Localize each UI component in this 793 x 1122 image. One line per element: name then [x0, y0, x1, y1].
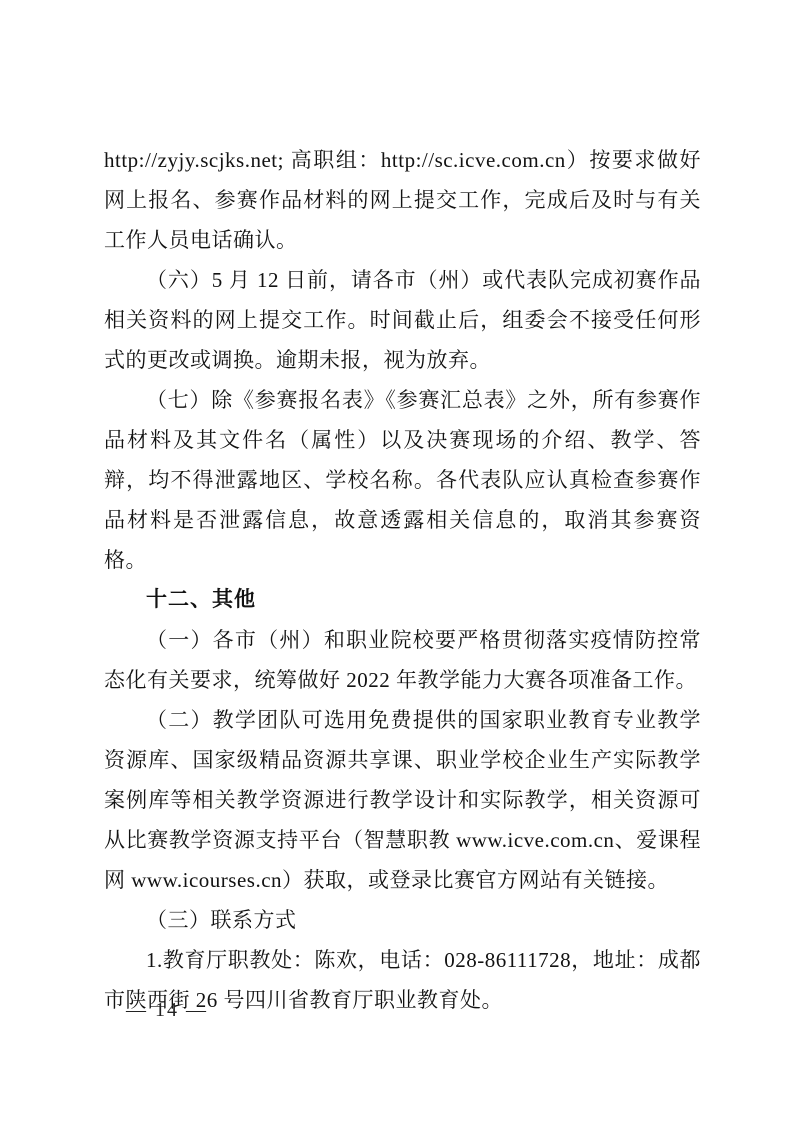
section-heading-12-other: 十二、其他: [104, 580, 701, 620]
paragraph-item-6: （六）5 月 12 日前，请各市（州）或代表队完成初赛作品相关资料的网上提交工作…: [104, 260, 701, 380]
paragraph-item-7: （七）除《参赛报名表》《参赛汇总表》之外，所有参赛作品材料及其文件名（属性）以及…: [104, 380, 701, 580]
paragraph-item-2: （二）教学团队可选用免费提供的国家职业教育专业教学资源库、国家级精品资源共享课、…: [104, 700, 701, 900]
document-body: http://zyjy.scjks.net; 高职组：http://sc.icv…: [104, 140, 701, 1020]
paragraph-continuation: http://zyjy.scjks.net; 高职组：http://sc.icv…: [104, 140, 701, 260]
page-number: — 14 —: [126, 996, 208, 1024]
paragraph-item-3-contact-heading: （三）联系方式: [104, 900, 701, 940]
paragraph-item-1: （一）各市（州）和职业院校要严格贯彻落实疫情防控常态化有关要求，统筹做好 202…: [104, 620, 701, 700]
document-page: http://zyjy.scjks.net; 高职组：http://sc.icv…: [0, 0, 793, 1122]
